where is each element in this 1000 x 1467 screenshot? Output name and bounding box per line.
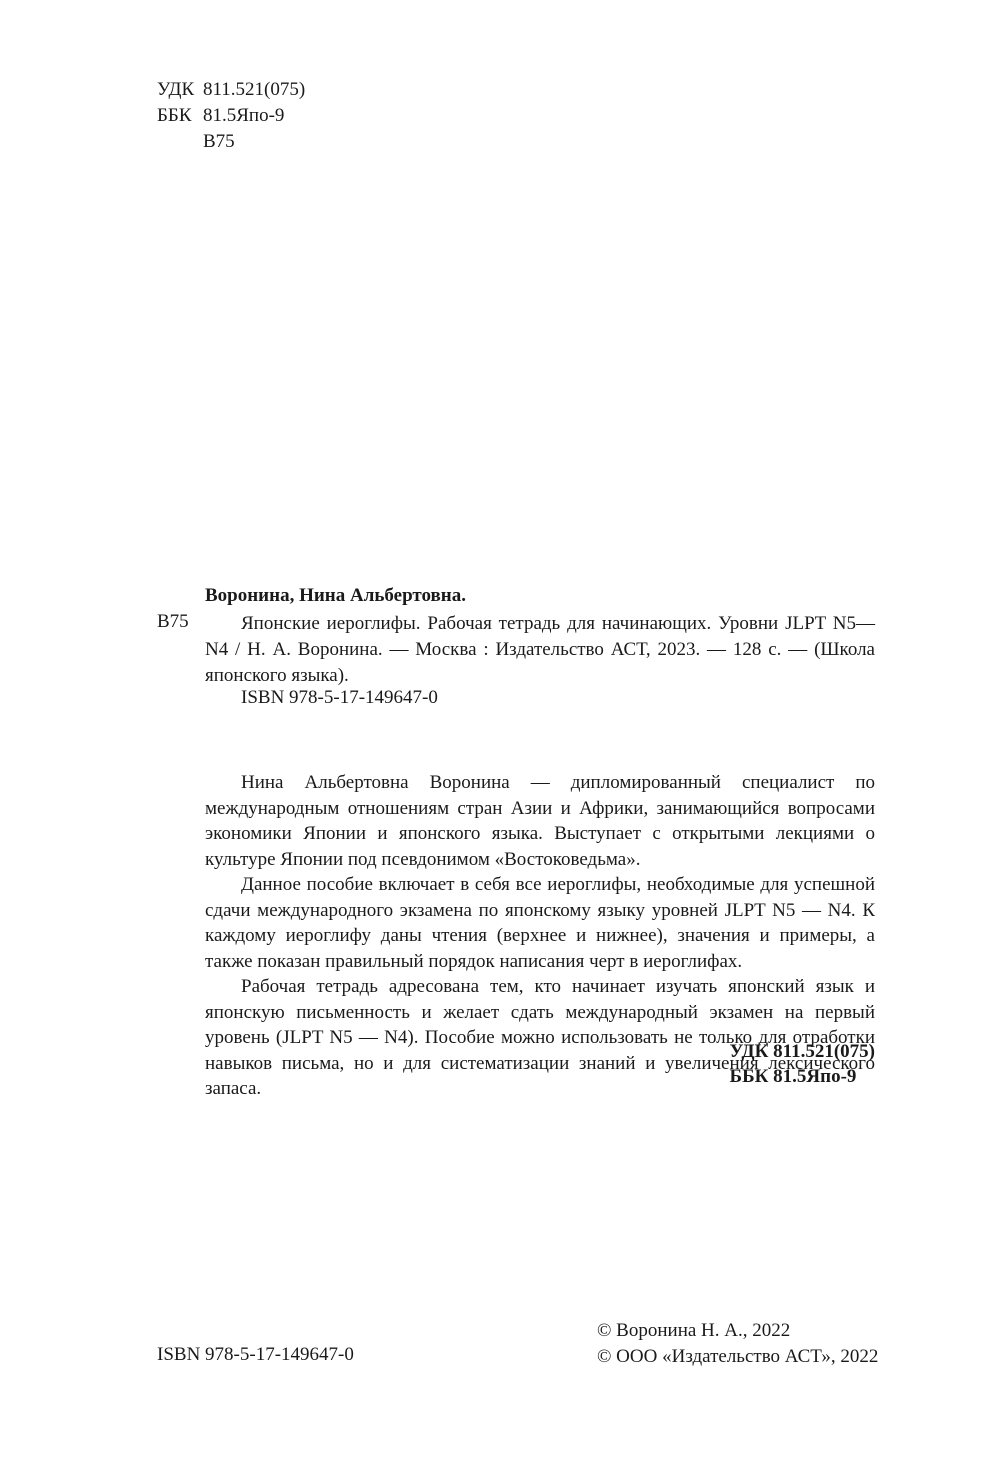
record-description: Японские иероглифы. Рабочая тетрадь для … xyxy=(205,611,875,689)
copyright-block: © Воронина Н. А., 2022 © ООО «Издательст… xyxy=(597,1318,878,1370)
copyright-author: © Воронина Н. А., 2022 xyxy=(597,1318,878,1344)
bbk-label: ББК xyxy=(157,103,203,129)
header-codes: УДК 811.521(075) ББК 81.5Япо-9 В75 xyxy=(157,77,305,155)
record-author: Воронина, Нина Альбертовна. xyxy=(205,585,466,607)
udk-row: УДК 811.521(075) xyxy=(157,77,305,103)
copyright-publisher: © ООО «Издательство АСТ», 2022 xyxy=(597,1344,878,1370)
bbk-code: ББК 81.5Япо-9 xyxy=(730,1064,875,1089)
description-text: Японские иероглифы. Рабочая тетрадь для … xyxy=(205,613,875,686)
classification-codes: УДК 811.521(075) ББК 81.5Япо-9 xyxy=(730,1039,875,1089)
bbk-value: 81.5Япо-9 xyxy=(203,103,284,129)
udk-label: УДК xyxy=(157,77,203,103)
footer-isbn: ISBN 978-5-17-149647-0 xyxy=(157,1344,354,1366)
udk-code: УДК 811.521(075) xyxy=(730,1039,875,1064)
abstract-paragraph: Нина Альбертовна Воронина — дипломирован… xyxy=(205,770,875,872)
record-author-mark: В75 xyxy=(157,611,189,633)
bbk-row: ББК 81.5Япо-9 xyxy=(157,103,305,129)
record-isbn: ISBN 978-5-17-149647-0 xyxy=(241,687,438,709)
author-mark: В75 xyxy=(157,129,305,155)
udk-value: 811.521(075) xyxy=(203,77,305,103)
abstract-paragraph: Данное пособие включает в себя все иерог… xyxy=(205,872,875,974)
